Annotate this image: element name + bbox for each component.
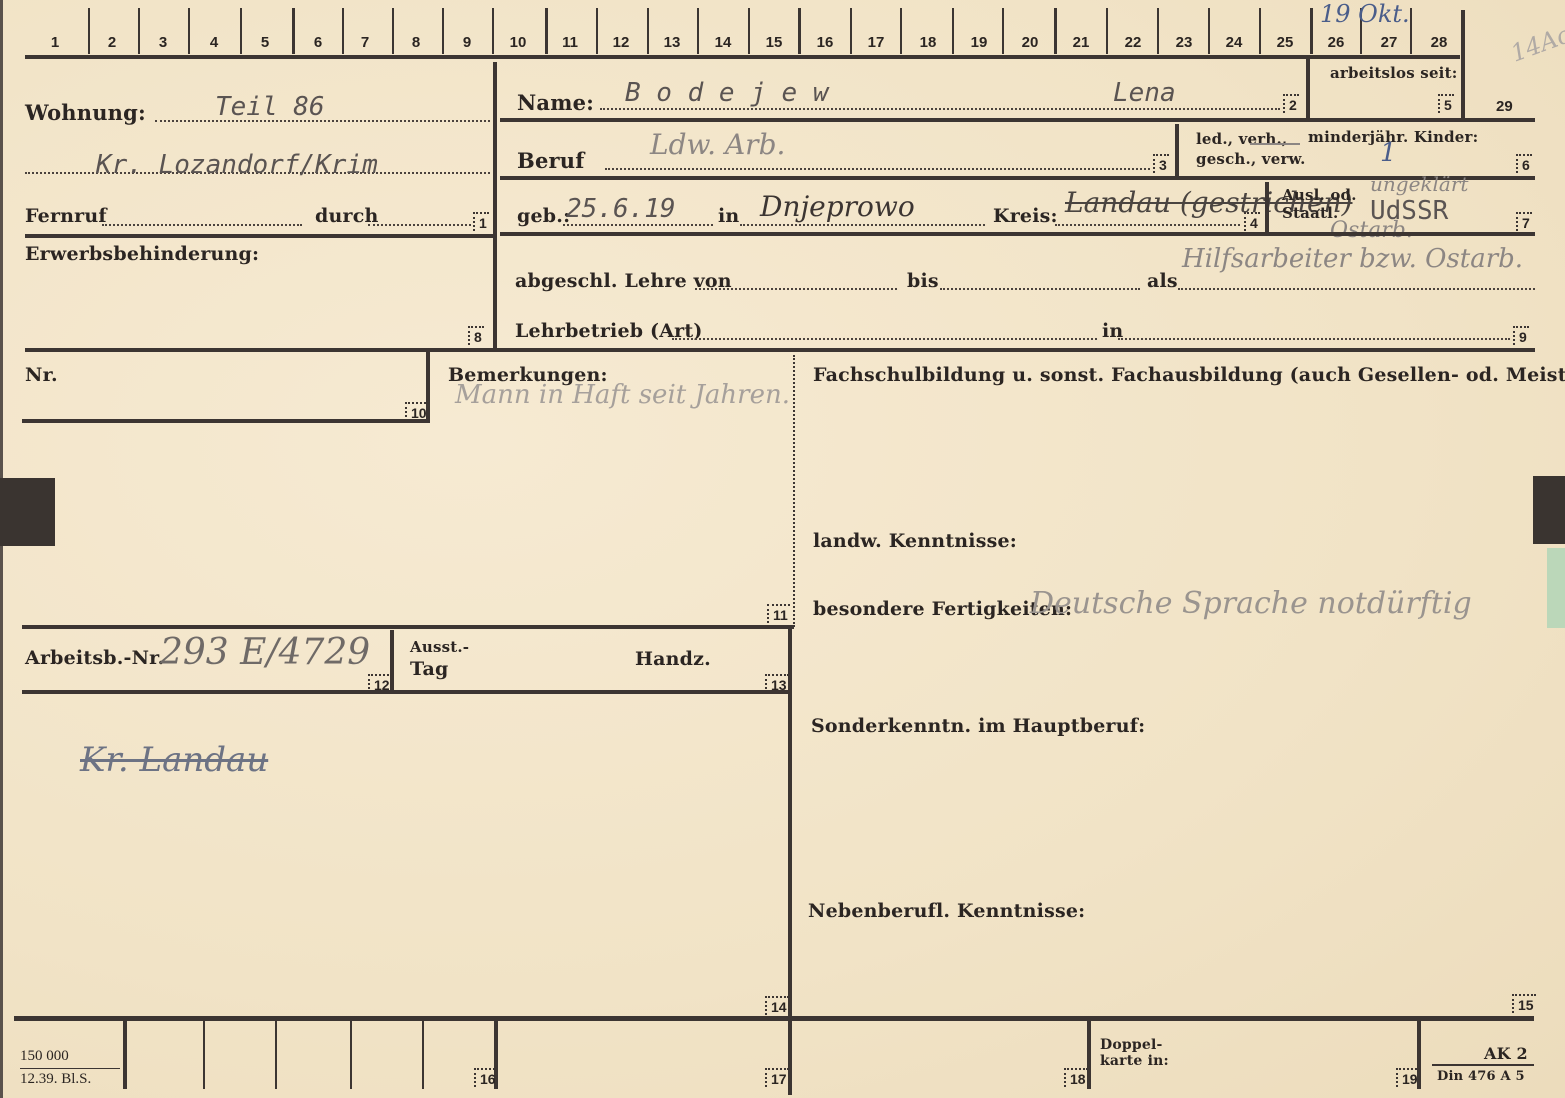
sonderkenntnisse-label: Sonderkenntn. im Hauptberuf: xyxy=(811,715,1145,737)
ruler-number-10: 10 xyxy=(498,34,538,51)
ausst-label-1: Ausst.- xyxy=(410,638,469,656)
wohnung-value-1: Teil 86 xyxy=(215,92,325,122)
wohnung-value-2: Kr. Lozandorf/Krim xyxy=(96,150,378,180)
field-no-5: 5 xyxy=(1438,94,1454,113)
kinder-value: 1 xyxy=(1380,138,1397,168)
ruler-tick xyxy=(1106,8,1108,54)
divider xyxy=(25,348,1535,352)
firstname-value: Lena xyxy=(1113,78,1176,108)
lehre-von-field[interactable] xyxy=(695,288,897,290)
ruler-tick xyxy=(1259,8,1261,54)
ruler-tick xyxy=(850,8,852,54)
staat-note-below: Ostarb. xyxy=(1330,218,1413,243)
erwerbsbehinderung-label: Erwerbsbehinderung: xyxy=(25,243,259,265)
divider xyxy=(1175,124,1179,176)
ruler-number-11: 11 xyxy=(550,34,590,51)
field-no-3: 3 xyxy=(1153,154,1169,173)
divider xyxy=(25,234,493,238)
index-card: 1234567891011121314151617181920212223242… xyxy=(0,0,1565,1098)
ruler-tick xyxy=(1002,8,1004,54)
divider xyxy=(22,690,790,694)
lehrbetrieb-in-field[interactable] xyxy=(1118,338,1510,340)
name-label: Name: xyxy=(517,90,594,115)
ruler-number-22: 22 xyxy=(1113,34,1153,51)
surname-value: B o d e j e w xyxy=(625,78,829,108)
staat-note-above: ungeklärt xyxy=(1370,172,1468,196)
field-no-11: 11 xyxy=(767,604,790,623)
geburtsort-value: Dnjeprowo xyxy=(760,190,915,223)
field-no-17: 17 xyxy=(765,1068,789,1087)
ruler-tick xyxy=(748,8,750,54)
ruler-number-9: 9 xyxy=(447,34,487,51)
ruler-tick xyxy=(1310,8,1313,54)
ruler-number-2: 2 xyxy=(92,34,132,51)
ruler-number-14: 14 xyxy=(703,34,743,51)
field-no-8: 8 xyxy=(468,326,484,345)
kreis-line xyxy=(1055,224,1240,226)
field-no-18: 18 xyxy=(1064,1068,1088,1087)
geb-value: 25.6.19 xyxy=(566,194,676,224)
divider xyxy=(1306,58,1310,118)
field-no-7: 7 xyxy=(1516,212,1532,231)
arbeitsbuch-value: 293 E/4729 xyxy=(160,632,370,673)
ruler-number-5: 5 xyxy=(245,34,285,51)
fernruf-field[interactable] xyxy=(102,224,302,226)
lehrbetrieb-field[interactable] xyxy=(672,338,1097,340)
field-no-9: 9 xyxy=(1513,326,1529,345)
green-color-tab xyxy=(1547,548,1565,628)
divider-dotted xyxy=(793,355,795,627)
geburtsort-line xyxy=(740,224,985,226)
print-run: 150 000 xyxy=(20,1048,69,1065)
ruler-number-6: 6 xyxy=(298,34,338,51)
ruler-number-21: 21 xyxy=(1061,34,1101,51)
ruler-number-18: 18 xyxy=(908,34,948,51)
footer-divider xyxy=(14,1016,1534,1021)
durch-field[interactable] xyxy=(368,224,471,226)
field-no-16: 16 xyxy=(474,1068,498,1087)
ruler-baseline xyxy=(25,55,1460,59)
field-no-15: 15 xyxy=(1512,994,1536,1013)
ruler-number-23: 23 xyxy=(1164,34,1204,51)
geburtsort-label: in xyxy=(718,205,739,227)
divider xyxy=(123,1021,127,1089)
footer-cell-divider xyxy=(275,1021,277,1089)
fernruf-label: Fernruf xyxy=(25,205,107,227)
footer-cell-divider xyxy=(203,1021,205,1089)
divider xyxy=(22,625,794,629)
ruler-tick xyxy=(596,8,598,54)
corner-note: 14Ac xyxy=(1507,20,1565,67)
card-left-edge xyxy=(0,0,3,1098)
beruf-label: Beruf xyxy=(517,148,584,173)
landw-label: landw. Kenntnisse: xyxy=(813,530,1017,552)
divider xyxy=(22,419,430,423)
familienstand-mark xyxy=(1250,143,1300,145)
ruler-tick xyxy=(240,8,242,54)
geb-line xyxy=(563,224,713,226)
ruler-number-24: 24 xyxy=(1214,34,1254,51)
bemerkungen-value: Mann in Haft seit Jahren. xyxy=(455,380,790,410)
nebenberufl-label: Nebenberufl. Kenntnisse: xyxy=(808,900,1085,922)
field-no-1: 1 xyxy=(473,212,489,231)
ruler-tick xyxy=(1157,8,1159,54)
din-code: Din 476 A 5 xyxy=(1437,1069,1525,1084)
field-no-14: 14 xyxy=(765,996,789,1015)
ruler-number-16: 16 xyxy=(805,34,845,51)
lehre-als-line xyxy=(1178,288,1535,290)
field-no-4: 4 xyxy=(1244,212,1260,231)
ruler-number-25: 25 xyxy=(1265,34,1305,51)
ruler-tick xyxy=(392,8,394,54)
name-line xyxy=(600,108,1280,110)
ruler-number-13: 13 xyxy=(652,34,692,51)
ruler-number-20: 20 xyxy=(1010,34,1050,51)
fertigkeiten-value: Deutsche Sprache notdürftig xyxy=(1030,586,1472,621)
ruler-tick xyxy=(1054,8,1057,54)
ruler-number-7: 7 xyxy=(345,34,385,51)
punch-mark-right xyxy=(1533,476,1565,544)
ruler-tick xyxy=(798,8,801,54)
ruler-tick xyxy=(1410,8,1412,54)
divider xyxy=(1265,182,1269,232)
field-no-19: 19 xyxy=(1396,1068,1420,1087)
handz-label: Handz. xyxy=(635,648,711,670)
familienstand-label-2: gesch., verw. xyxy=(1196,150,1306,168)
divider xyxy=(390,630,394,692)
footer-cell-divider xyxy=(350,1021,352,1089)
ruler-tick xyxy=(900,8,902,54)
ruler-tick xyxy=(88,8,90,54)
fachschulbildung-label: Fachschulbildung u. sonst. Fachausbildun… xyxy=(813,364,1565,386)
lehre-bis-label: bis xyxy=(907,270,939,292)
field-no-29: 29 xyxy=(1496,98,1513,115)
ruler-tick xyxy=(342,8,344,54)
ruler-number-15: 15 xyxy=(754,34,794,51)
ruler-tick xyxy=(1208,8,1210,54)
kreis-label: Kreis: xyxy=(993,205,1058,227)
divider xyxy=(788,625,792,1095)
print-date: 12.39. Bl.S. xyxy=(20,1071,91,1088)
wohnung-label: Wohnung: xyxy=(25,100,146,125)
ruler-tick xyxy=(952,8,954,54)
beruf-line xyxy=(605,168,1150,170)
punch-mark-left xyxy=(0,478,55,546)
print-run-rule xyxy=(20,1068,120,1069)
beruf-value: Ldw. Arb. xyxy=(650,128,785,161)
ruler-number-26: 26 xyxy=(1316,34,1356,51)
ruler-tick xyxy=(545,8,548,54)
lehre-als-label: als xyxy=(1147,270,1178,292)
divider xyxy=(500,232,1535,236)
divider xyxy=(493,62,497,350)
ruler-tick xyxy=(188,8,190,54)
ruler-tick xyxy=(697,8,699,54)
lehre-als-value: Hilfsarbeiter bzw. Ostarb. xyxy=(1182,244,1523,274)
ruler-number-12: 12 xyxy=(601,34,641,51)
form-code-rule xyxy=(1432,1064,1534,1066)
divider xyxy=(500,118,1535,122)
ruler-number-4: 4 xyxy=(194,34,234,51)
familienstand-label-1: led., verh., xyxy=(1196,130,1287,148)
divider xyxy=(1461,10,1465,118)
ruler-tick xyxy=(442,8,444,54)
nr-label: Nr. xyxy=(25,364,58,386)
doppelkarte-label-2: karte in: xyxy=(1100,1053,1169,1069)
ruler-number-1: 1 xyxy=(35,34,75,51)
lehre-bis-field[interactable] xyxy=(940,288,1140,290)
ruler-number-19: 19 xyxy=(959,34,999,51)
form-code: AK 2 xyxy=(1484,1044,1528,1063)
staat-label-1: Ausl. od. xyxy=(1282,186,1357,204)
arbeitsbuch-label: Arbeitsb.-Nr. xyxy=(25,647,164,669)
ruler-tick xyxy=(492,8,494,54)
ruler-number-3: 3 xyxy=(143,34,183,51)
footer-cell-divider xyxy=(422,1021,424,1089)
ruler-tick xyxy=(138,8,140,54)
arbeitsamt-note: Kr. Landau xyxy=(80,740,268,780)
ruler-tick xyxy=(647,8,649,54)
ruler-handwritten-date: 19 Okt. xyxy=(1320,0,1410,28)
ruler-tick xyxy=(292,8,295,54)
ruler-number-17: 17 xyxy=(856,34,896,51)
field-no-2: 2 xyxy=(1283,94,1299,113)
field-no-6: 6 xyxy=(1516,154,1532,173)
ruler-number-28: 28 xyxy=(1419,34,1459,51)
ruler-number-27: 27 xyxy=(1369,34,1409,51)
ruler-number-8: 8 xyxy=(396,34,436,51)
divider xyxy=(1087,1021,1091,1089)
doppelkarte-label-1: Doppel- xyxy=(1100,1037,1163,1053)
arbeitslos-label: arbeitslos seit: xyxy=(1330,64,1457,82)
ausst-label-2: Tag xyxy=(410,658,449,680)
